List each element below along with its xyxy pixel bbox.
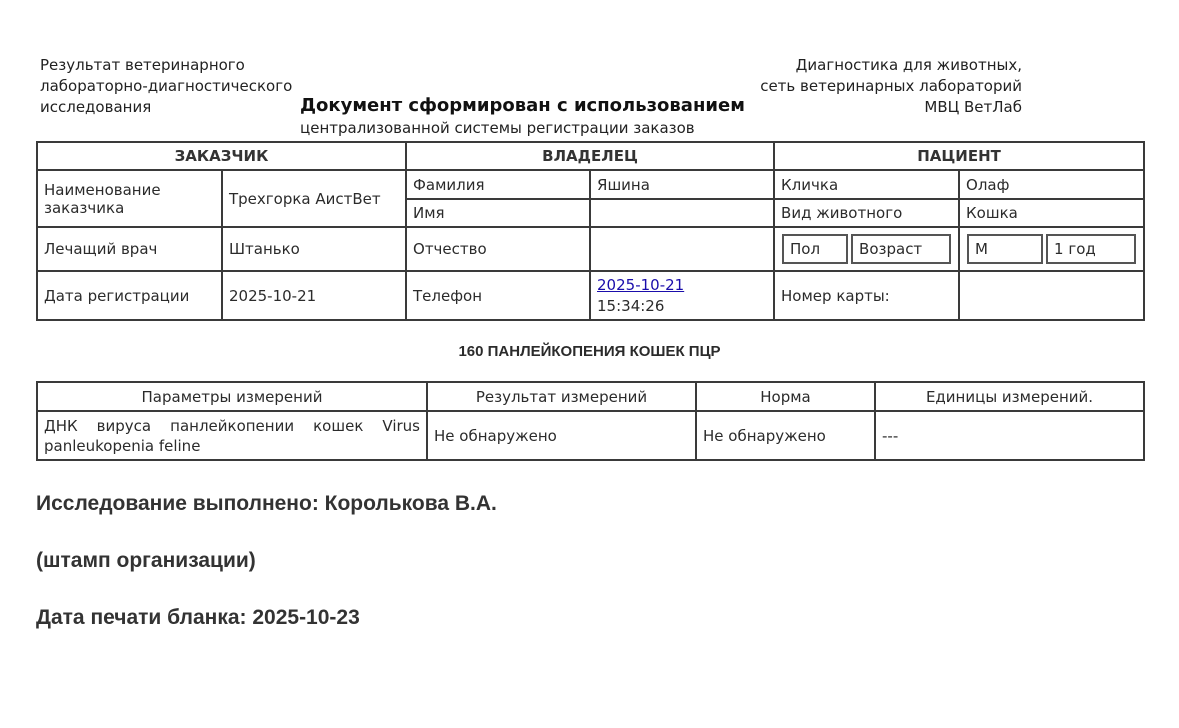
document-title: Документ сформирован с использованием: [300, 94, 770, 118]
phone-label: Телефон: [406, 271, 590, 320]
customer-name-value: Трехгорка АистВет: [222, 170, 406, 227]
patient-nickname-value: Олаф: [959, 170, 1144, 199]
owner-section-header: ВЛАДЕЛЕЦ: [406, 142, 774, 170]
sex-age-labels-cell: Пол Возраст: [774, 227, 959, 271]
sex-age-values-cell: М 1 год: [959, 227, 1144, 271]
doctor-label: Лечащий врач: [37, 227, 222, 271]
norm-cell: Не обнаружено: [696, 411, 875, 460]
patient-species-value: Кошка: [959, 199, 1144, 227]
heading-line: Результат ветеринарного: [40, 55, 330, 76]
customer-section-header: ЗАКАЗЧИК: [37, 142, 406, 170]
registration-date-label: Дата регистрации: [37, 271, 222, 320]
org-line: Диагностика для животных,: [722, 55, 1022, 76]
document-subtitle: централизованной системы регистрации зак…: [300, 118, 770, 138]
owner-patronymic-label: Отчество: [406, 227, 590, 271]
info-table: ЗАКАЗЧИК ВЛАДЕЛЕЦ ПАЦИЕНТ Наименование з…: [36, 141, 1145, 321]
sex-age-values: М 1 год: [964, 231, 1139, 267]
owner-patronymic-value: [590, 227, 774, 271]
registration-date-value: 2025-10-21: [222, 271, 406, 320]
doctor-value: Штанько: [222, 227, 406, 271]
card-number-value: [959, 271, 1144, 320]
owner-surname-label: Фамилия: [406, 170, 590, 199]
patient-species-label: Вид животного: [774, 199, 959, 227]
heading-line: лабораторно-диагностического: [40, 76, 330, 97]
age-value: 1 год: [1046, 234, 1136, 264]
units-cell: ---: [875, 411, 1144, 460]
organization-heading: Диагностика для животных, сеть ветеринар…: [722, 55, 1022, 118]
parameter-cell: ДНК вируса панлейкопении кошек Virus pan…: [37, 411, 427, 460]
card-number-label: Номер карты:: [774, 271, 959, 320]
patient-nickname-label: Кличка: [774, 170, 959, 199]
column-header-units: Единицы измерений.: [875, 382, 1144, 411]
results-table: Параметры измерений Результат измерений …: [36, 381, 1145, 461]
document-source-heading: Документ сформирован с использованием це…: [300, 94, 770, 138]
owner-name-value: [590, 199, 774, 227]
owner-name-label: Имя: [406, 199, 590, 227]
org-line: сеть ветеринарных лабораторий: [722, 76, 1022, 97]
sex-label: Пол: [782, 234, 848, 264]
performed-by: Исследование выполнено: Королькова В.А.: [36, 492, 497, 516]
column-header-norm: Норма: [696, 382, 875, 411]
test-title: 160 ПАНЛЕЙКОПЕНИЯ КОШЕК ПЦР: [36, 343, 1143, 360]
org-line: МВЦ ВетЛаб: [722, 97, 1022, 118]
print-date: Дата печати бланка: 2025-10-23: [36, 606, 360, 630]
patient-section-header: ПАЦИЕНТ: [774, 142, 1144, 170]
customer-name-label: Наименование заказчика: [37, 170, 222, 227]
column-header-result: Результат измерений: [427, 382, 696, 411]
phone-value: 2025-10-21 15:34:26: [590, 271, 774, 320]
heading-line: исследования: [40, 97, 330, 118]
organization-stamp: (штамп организации): [36, 549, 256, 573]
lab-result-heading: Результат ветеринарного лабораторно-диаг…: [40, 55, 330, 118]
column-header-parameters: Параметры измерений: [37, 382, 427, 411]
result-cell: Не обнаружено: [427, 411, 696, 460]
sex-age-labels: Пол Возраст: [779, 231, 954, 267]
phone-time: 15:34:26: [597, 297, 664, 315]
phone-date-link[interactable]: 2025-10-21: [597, 276, 684, 294]
table-row: ДНК вируса панлейкопении кошек Virus pan…: [37, 411, 1144, 460]
owner-surname-value: Яшина: [590, 170, 774, 199]
sex-value: М: [967, 234, 1043, 264]
age-label: Возраст: [851, 234, 951, 264]
